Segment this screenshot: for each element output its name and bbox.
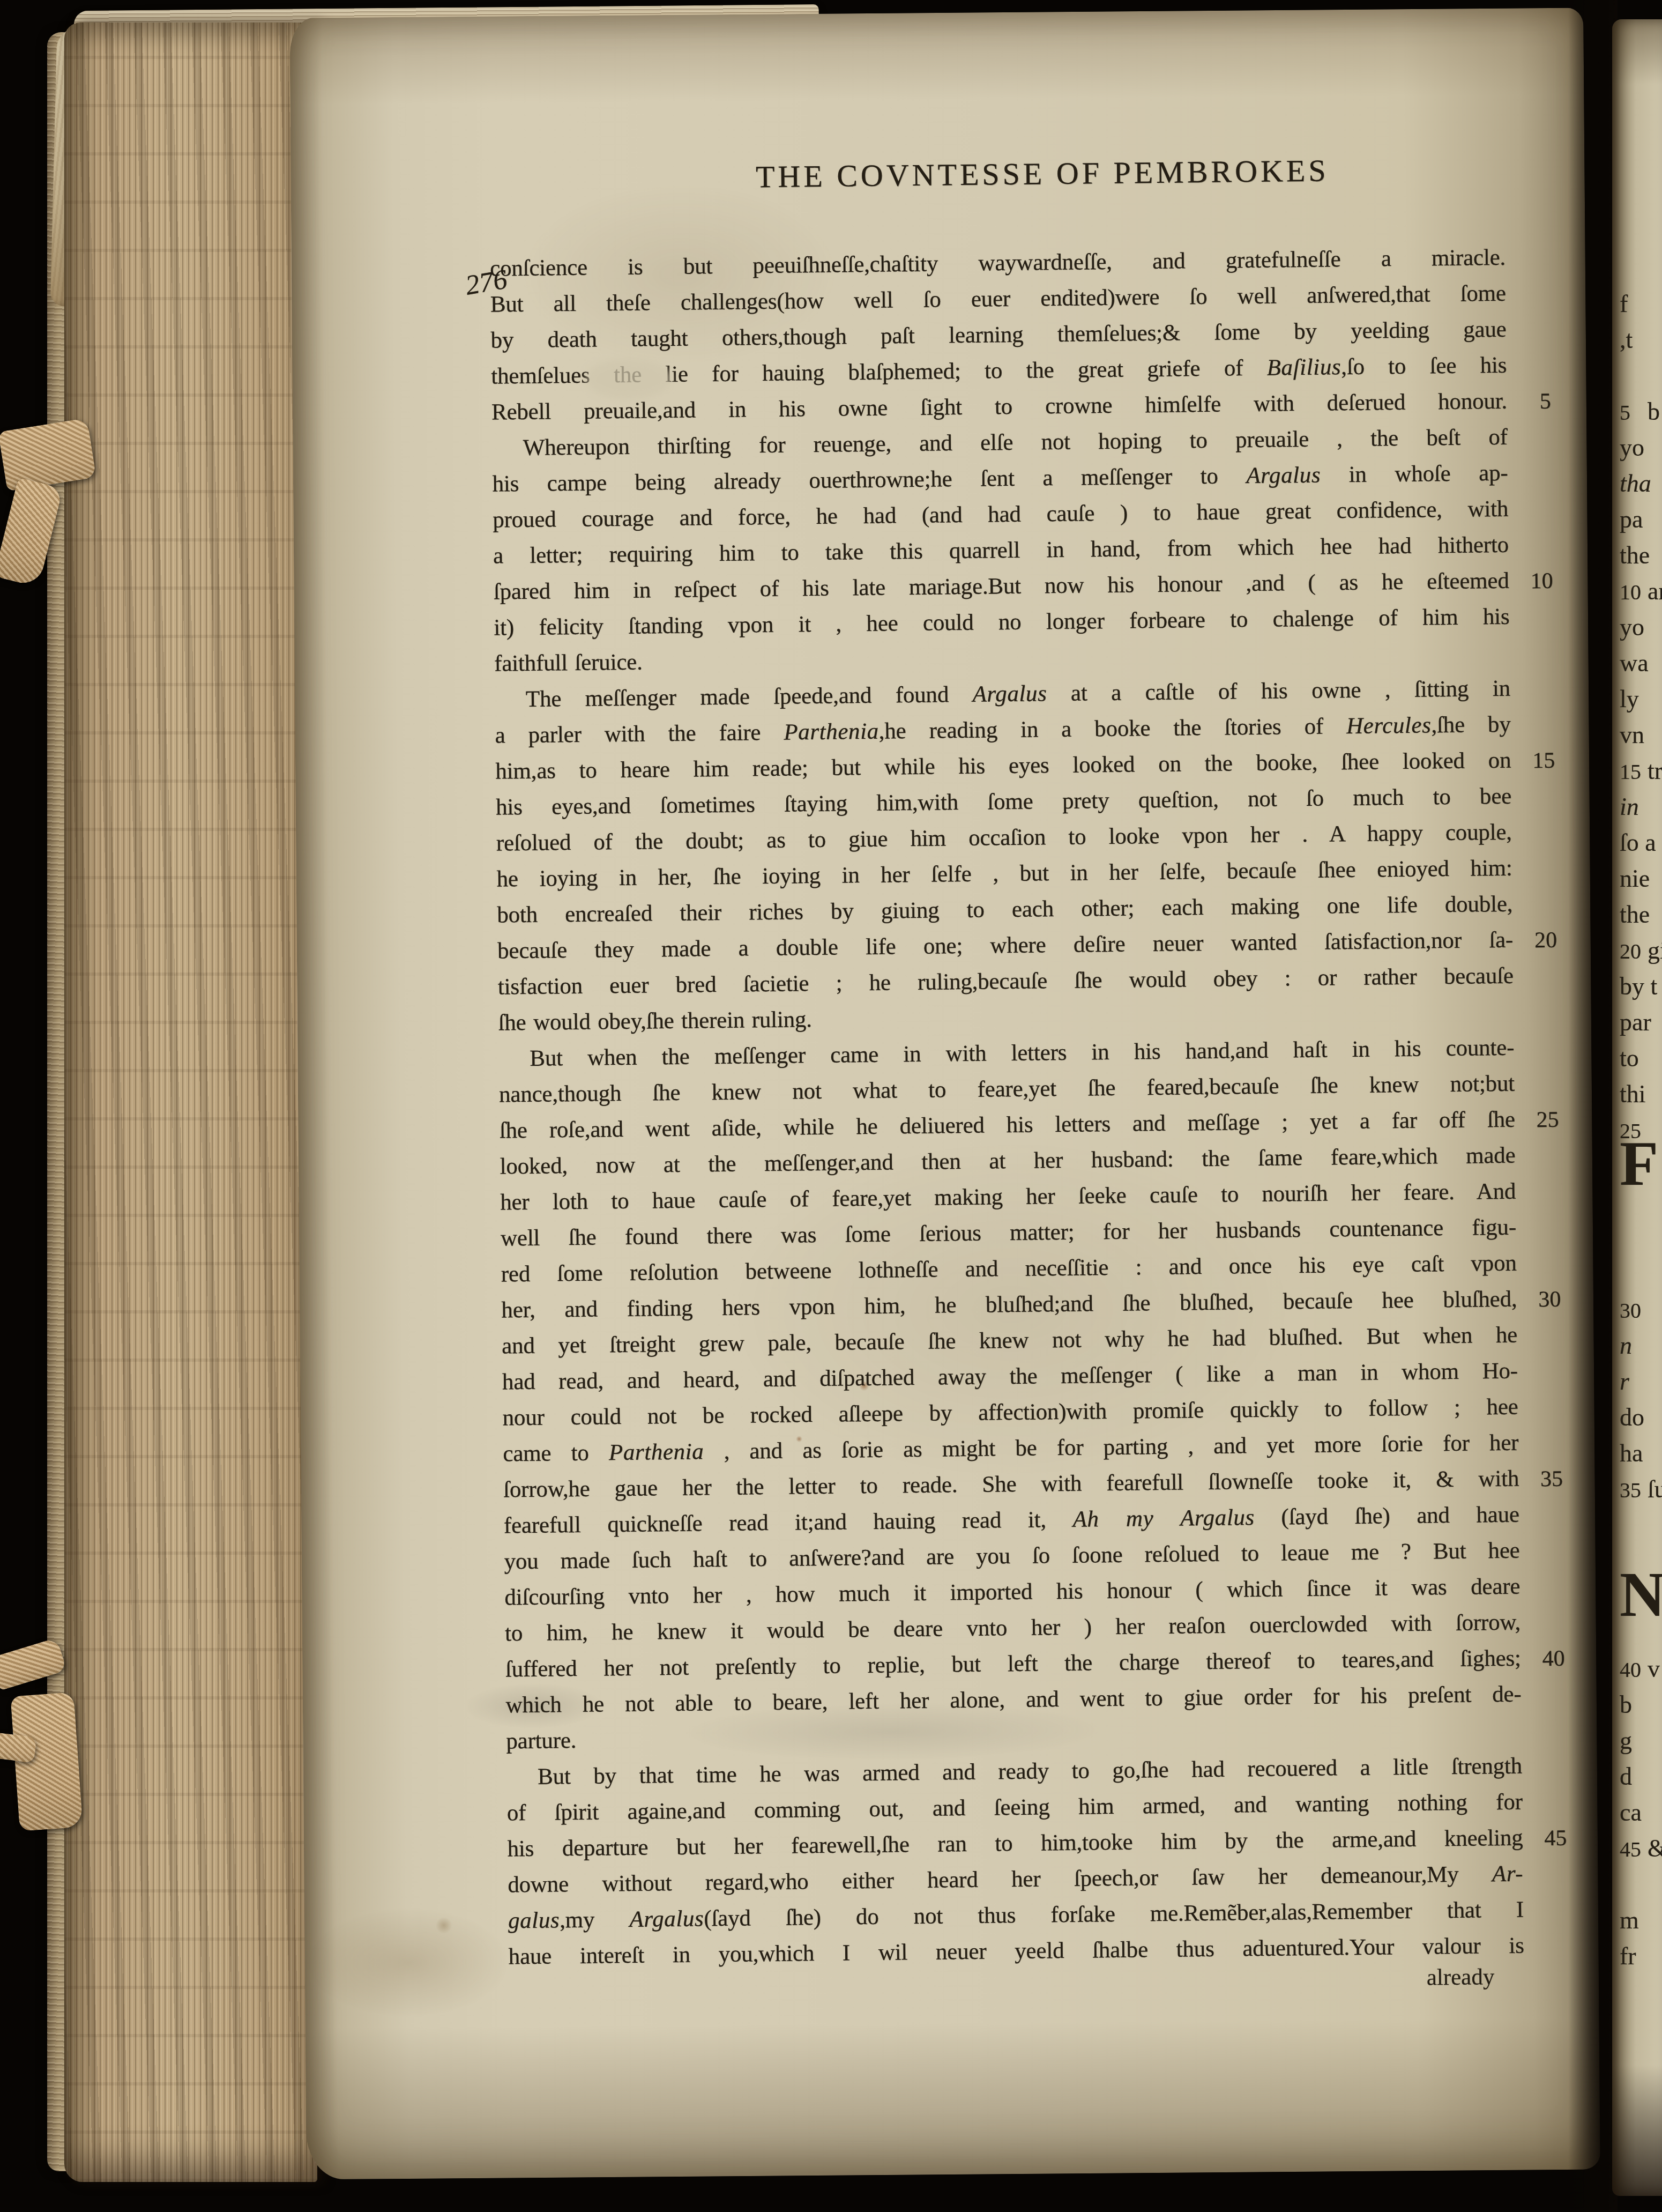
- next-page-line-number: 20: [1620, 933, 1648, 969]
- next-page-line-fragment: 15tr: [1620, 753, 1662, 789]
- next-page-line-number: 5: [1620, 395, 1648, 430]
- next-page-line-fragment: m: [1620, 1902, 1639, 1938]
- next-page-line-fragment: N: [1620, 1579, 1662, 1615]
- next-page-text-fragment: in: [1620, 793, 1639, 820]
- margin-line-number: 30: [1538, 1282, 1561, 1318]
- next-page-line-number: 30: [1620, 1293, 1648, 1328]
- next-page-line-fragment: fr: [1620, 1938, 1636, 1974]
- book-photo: THE COVNTESSE OF PEMBROKES 276 conſcienc…: [0, 0, 1662, 2212]
- next-page-line-number: 15: [1620, 754, 1648, 790]
- next-page-line-number: 45: [1620, 1831, 1648, 1867]
- next-page-line-fragment: 20giu: [1620, 932, 1662, 968]
- next-page-line-fragment: ca: [1620, 1794, 1642, 1830]
- next-page-line-fragment: r: [1620, 1363, 1629, 1399]
- next-page-line-fragment: vn: [1620, 717, 1644, 753]
- next-page-line-fragment: g: [1620, 1723, 1632, 1758]
- book-page: THE COVNTESSE OF PEMBROKES 276 conſcienc…: [289, 8, 1600, 2180]
- margin-line-number: 10: [1530, 563, 1553, 599]
- next-page-line-fragment: thi: [1620, 1076, 1646, 1112]
- next-page-line-fragment: do: [1620, 1399, 1644, 1435]
- next-page-text-fragment: v: [1648, 1655, 1660, 1682]
- cloth-tie-knot: [10, 1692, 83, 1831]
- next-page-text-fragment: giu: [1648, 937, 1662, 964]
- next-page-line-fragment: ha: [1620, 1435, 1643, 1471]
- next-page-line-fragment: F: [1620, 1148, 1658, 1184]
- next-page-line-fragment: 35ſu: [1620, 1471, 1662, 1507]
- next-page-text-fragment: nie: [1620, 865, 1650, 892]
- next-page-text-fragment: b: [1648, 398, 1660, 425]
- next-page-text-fragment: yo: [1620, 434, 1644, 461]
- next-page-line-fragment: par: [1620, 1004, 1651, 1040]
- next-page-line-fragment: in: [1620, 789, 1639, 825]
- next-page-text-fragment: n: [1620, 1332, 1632, 1359]
- next-page-text-fragment: the: [1620, 901, 1650, 928]
- running-head-row: THE COVNTESSE OF PEMBROKES 276: [489, 151, 1506, 251]
- next-page-text-fragment: ly: [1620, 685, 1639, 712]
- next-page-line-number: 35: [1620, 1472, 1648, 1508]
- next-page-text-fragment: b: [1620, 1691, 1632, 1718]
- next-page-text-fragment: ſo a: [1620, 829, 1656, 856]
- next-page-text-fragment: vn: [1620, 721, 1644, 748]
- next-page-text-fragment: an: [1648, 577, 1662, 605]
- margin-line-number: 5: [1540, 384, 1552, 420]
- next-page-line-fragment: the: [1620, 537, 1650, 573]
- next-page-text-fragment: fr: [1620, 1942, 1636, 1970]
- next-page-line-fragment: ſo a: [1620, 825, 1656, 860]
- margin-line-number: 15: [1532, 743, 1555, 779]
- next-page-text-fragment: tha: [1620, 470, 1651, 497]
- next-page-text-fragment: ha: [1620, 1439, 1643, 1467]
- running-header: THE COVNTESSE OF PEMBROKES: [580, 151, 1505, 197]
- page-content: THE COVNTESSE OF PEMBROKES 276 conſcienc…: [489, 151, 1525, 2011]
- next-page-line-fragment: tha: [1620, 465, 1651, 501]
- next-page-line-fragment: 10an: [1620, 573, 1662, 609]
- next-page-line-fragment: to: [1620, 1040, 1639, 1076]
- next-page-line-fragment: pa: [1620, 501, 1643, 537]
- next-page-line-fragment: yo: [1620, 429, 1644, 465]
- next-page-text-fragment: ca: [1620, 1799, 1642, 1826]
- next-page-text-fragment: pa: [1620, 506, 1643, 533]
- next-page-line-fragment: yo: [1620, 609, 1644, 645]
- next-page-text-fragment: m: [1620, 1906, 1639, 1934]
- next-page-text-fragment: ,t: [1620, 326, 1633, 353]
- next-page-line-fragment: ly: [1620, 681, 1639, 717]
- gutter-shadow: [1568, 0, 1618, 2212]
- next-page-text-fragment: wa: [1620, 649, 1649, 677]
- next-page-line-fragment: 45&: [1620, 1830, 1662, 1866]
- next-page-text-fragment: thi: [1620, 1080, 1646, 1108]
- next-page-text-fragment: g: [1620, 1727, 1632, 1754]
- next-page-text-fragment: do: [1620, 1404, 1644, 1431]
- next-page-text-fragment: F: [1620, 1129, 1658, 1199]
- next-page-text-fragment: par: [1620, 1008, 1651, 1036]
- next-page-text-fragment: yo: [1620, 613, 1644, 641]
- next-page-text-fragment: f: [1620, 290, 1628, 317]
- next-page-text-fragment: by t: [1620, 973, 1657, 1000]
- next-page-text-fragment: r: [1620, 1368, 1629, 1395]
- next-page-text-fragment: d: [1620, 1763, 1632, 1790]
- next-page-line-number: 40: [1620, 1652, 1648, 1688]
- next-page-text-fragment: ſu: [1648, 1475, 1662, 1503]
- next-page-line-number: 10: [1620, 574, 1648, 610]
- margin-line-number: 35: [1540, 1461, 1563, 1497]
- next-page-line-fragment: d: [1620, 1758, 1632, 1794]
- next-page-text-fragment: N: [1620, 1560, 1662, 1630]
- margin-line-number: 40: [1542, 1641, 1565, 1677]
- next-page-line-fragment: wa: [1620, 645, 1649, 681]
- next-page-line-fragment: 5b: [1620, 394, 1660, 429]
- margin-line-number: 25: [1536, 1102, 1559, 1138]
- next-page-line-fragment: n: [1620, 1327, 1632, 1363]
- next-page-text-fragment: to: [1620, 1044, 1639, 1072]
- next-page-line-fragment: f: [1620, 286, 1628, 322]
- next-page-line-fragment: by t: [1620, 968, 1657, 1004]
- text-block: conſcience is but peeuiſhneſſe,chaſtity …: [490, 240, 1524, 1975]
- next-page-line-fragment: nie: [1620, 860, 1650, 896]
- fore-edge-page-stack: [64, 23, 317, 2182]
- next-page-line-fragment: the: [1620, 896, 1650, 932]
- next-page-line-fragment: b: [1620, 1687, 1632, 1723]
- margin-line-number: 45: [1544, 1821, 1567, 1857]
- next-page-line-fragment: 40v: [1620, 1651, 1660, 1687]
- next-page-line-fragment: 30: [1620, 1291, 1648, 1327]
- next-page-text-fragment: the: [1620, 541, 1650, 569]
- next-page-sliver: f,t5byothapathe10anyowalyvn15trinſo anie…: [1612, 19, 1662, 2196]
- next-page-text-fragment: &: [1648, 1835, 1662, 1862]
- next-page-text-fragment: tr: [1648, 757, 1662, 784]
- next-page-line-fragment: ,t: [1620, 322, 1633, 358]
- margin-line-number: 20: [1534, 923, 1557, 959]
